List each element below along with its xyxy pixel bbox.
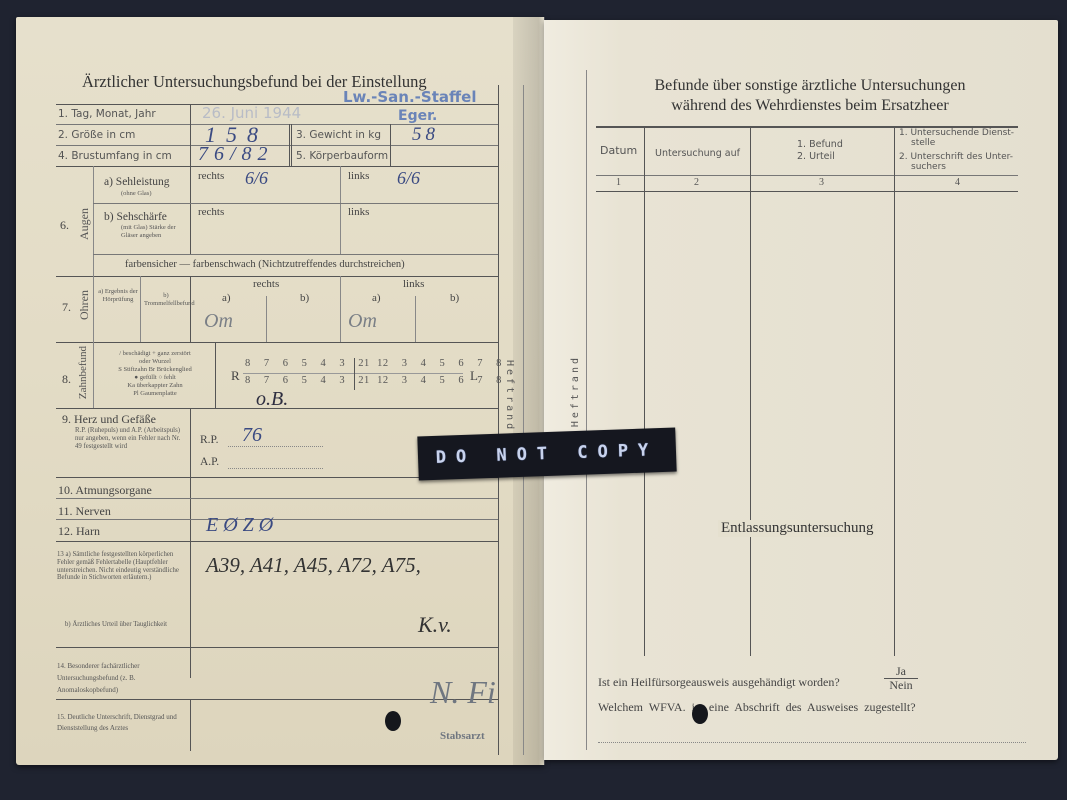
eyes-b-sublabel: (mit Glas) Stärke der Gläser angeben — [121, 224, 185, 239]
ears-b-label: b) Trommelfellbefund — [144, 292, 188, 307]
eyes-b-left-label: links — [348, 206, 369, 218]
teeth-value: o.B. — [256, 388, 288, 411]
row-number-7: 7. — [62, 300, 71, 315]
right-binding-margin-label: Heftrand — [570, 355, 581, 427]
rule — [390, 124, 391, 166]
eyes-b-label: b) Sehschärfe — [104, 211, 167, 223]
rule — [340, 166, 341, 254]
ears-right-label: rechts — [253, 278, 279, 290]
eyes-a-right-value: 6/6 — [245, 168, 268, 189]
teeth-lower-left: 1 2 3 4 5 6 7 8 — [364, 375, 507, 386]
punch-hole — [385, 711, 401, 731]
rule — [56, 541, 498, 542]
field-value-weight: 58 — [412, 124, 439, 146]
rule — [266, 296, 267, 342]
right-title-line2: während des Wehrdienstes beim Ersatzheer — [600, 96, 1020, 116]
do-not-copy-tape: DO NOT COPY — [417, 428, 676, 481]
column-header-date: Datum — [600, 145, 637, 156]
column-number-4: 4 — [955, 177, 960, 188]
row-number-8: 8. — [62, 372, 71, 387]
rule — [228, 468, 323, 469]
rule — [415, 296, 416, 342]
rule — [56, 647, 498, 648]
tape-label: DO NOT COPY — [435, 440, 658, 468]
rule — [354, 358, 355, 390]
teeth-right-marker: R — [231, 368, 240, 384]
rule — [190, 276, 191, 342]
field-value-chest: 76/82 — [198, 143, 274, 166]
teeth-legend-1: / beschädigt + ganz zerstört — [94, 350, 216, 358]
answer-no: Nein — [884, 679, 918, 692]
eyes-b-right-label: rechts — [198, 206, 224, 218]
rule — [190, 699, 191, 751]
column-divider — [750, 126, 751, 656]
rule — [190, 104, 191, 166]
field-label-chest: 4. Brustumfang in cm — [58, 150, 172, 162]
eyes-a-right-label: rechts — [198, 170, 224, 182]
teeth-legend-6: Pl Gaumenplatte — [94, 390, 216, 398]
column-header-office: 1. Untersuchende Dienst- — [899, 128, 1014, 138]
section-ears-label: Ohren — [77, 290, 92, 320]
ears-left-b: b) — [450, 292, 459, 304]
specialist-findings-label: 14. Besonderer fachärztlicher Untersuchu… — [57, 660, 197, 696]
form-right-border — [498, 85, 499, 755]
left-binding-margin-label: Heftrand — [504, 360, 515, 432]
ears-left-a: a) — [372, 292, 381, 304]
color-vision-note: farbensicher — farbenschwach (Nichtzutre… — [125, 259, 405, 270]
fitness-judgment-value: K.v. — [418, 612, 452, 638]
defects-label: 13 a) Sämtliche festgestellten körperlic… — [57, 551, 187, 582]
section-teeth-label: Zahnbefund — [77, 346, 89, 399]
urine-value: E Ø Z Ø — [206, 514, 273, 537]
teeth-legend-5: Ka überkappter Zahn — [94, 382, 216, 390]
ears-right-a: a) — [222, 292, 231, 304]
right-title-line1: Befunde über sonstige ärztliche Untersuc… — [600, 76, 1020, 96]
health-card-answer: Ja Nein — [884, 665, 918, 692]
eyes-a-left-value: 6/6 — [397, 168, 420, 189]
resting-pulse-value: 76 — [242, 424, 262, 447]
rule — [56, 519, 498, 520]
fitness-judgment-label: b) Ärztliches Urteil über Tauglichkeit — [65, 621, 185, 629]
margin-line — [586, 70, 587, 750]
ears-a-label: a) Ergebnis der Hörprüfung — [98, 288, 138, 303]
section-eyes-label: Augen — [77, 208, 92, 240]
eyes-a-sublabel: (ohne Glas) — [121, 190, 152, 199]
rule — [93, 276, 94, 342]
field-label-build: 5. Körperbauform — [296, 150, 388, 162]
margin-line — [523, 85, 524, 755]
column-divider — [644, 126, 645, 656]
heart-label: 9. Herz und Gefäße — [62, 412, 156, 427]
rule — [56, 166, 498, 167]
eyes-a-left-label: links — [348, 170, 369, 182]
rule — [289, 124, 292, 166]
nerves-label: 11. Nerven — [58, 504, 111, 519]
teeth-legend-4: ● gefüllt ○ fehlt — [94, 374, 216, 382]
ears-right-b: b) — [300, 292, 309, 304]
answer-yes: Ja — [884, 665, 918, 679]
row-number-6: 6. — [60, 218, 69, 233]
column-header-finding: 1. Befund — [797, 139, 843, 150]
rule — [140, 276, 141, 342]
column-header-exam: Untersuchung auf — [655, 148, 740, 159]
rule — [190, 408, 191, 678]
binding-gutter — [513, 17, 545, 765]
field-value-date: 26. Juni 1944 — [202, 104, 301, 122]
rule — [190, 166, 191, 254]
work-pulse-label: A.P. — [200, 456, 219, 468]
health-card-question: Ist ein Heilfürsorgeausweis ausgehändigt… — [598, 675, 840, 690]
ears-right-a-value: Om — [204, 310, 233, 333]
teeth-legend-3: S Stiftzahn Br Brückenglied — [94, 366, 216, 374]
field-label-weight: 3. Gewicht in kg — [296, 129, 381, 141]
column-number-2: 2 — [694, 177, 699, 188]
column-number-3: 3 — [819, 177, 824, 188]
heart-note: R.P. (Ruhepuls) und A.P. (Arbeitspuls) n… — [75, 427, 187, 450]
column-header-signature: 2. Unterschrift des Unter- — [899, 152, 1013, 162]
rank-stamp: Stabsarzt — [440, 730, 485, 742]
rule — [243, 373, 463, 374]
ears-left-label: links — [403, 278, 424, 290]
right-page-title: Befunde über sonstige ärztliche Untersuc… — [600, 76, 1020, 116]
discharge-exam-label: Entlassungsuntersuchung — [718, 520, 876, 537]
ears-left-a-value: Om — [348, 310, 377, 333]
physician-signature-label: 15. Deutliche Unterschrift, Dienstgrad u… — [57, 712, 187, 734]
rule — [340, 276, 341, 342]
punch-hole — [692, 704, 708, 724]
rule — [56, 498, 498, 499]
resting-pulse-label: R.P. — [200, 434, 219, 446]
column-header-judgment: 2. Urteil — [797, 151, 835, 162]
rule — [596, 191, 1018, 192]
rule — [93, 203, 498, 204]
field-label-height: 2. Größe in cm — [58, 129, 135, 141]
teeth-legend-2: oder Wurzel — [94, 358, 216, 366]
unit-stamp-location: Eger. — [398, 108, 437, 124]
urine-label: 12. Harn — [58, 524, 100, 539]
rule — [93, 166, 94, 276]
column-header-signature-cont: suchers — [911, 162, 946, 172]
rule — [56, 276, 498, 277]
rule — [93, 254, 498, 255]
teeth-upper-left: 1 2 3 4 5 6 7 8 — [364, 358, 507, 369]
physician-signature: N. Fi — [430, 674, 496, 711]
column-number-1: 1 — [616, 177, 621, 188]
respiratory-label: 10. Atmungsorgane — [58, 483, 152, 498]
answer-dotted-line — [598, 742, 1026, 743]
rule — [596, 175, 1018, 176]
column-header-office-cont: stelle — [911, 138, 935, 148]
rule — [56, 342, 498, 343]
eyes-a-label: a) Sehleistung — [104, 176, 169, 188]
column-divider — [894, 126, 895, 656]
copy-recipient-question: Welchem WFVA. ist eine Abschrift des Aus… — [598, 700, 916, 715]
field-label-date: 1. Tag, Monat, Jahr — [58, 108, 156, 120]
defects-value: A39, A41, A45, A72, A75, — [206, 553, 421, 578]
